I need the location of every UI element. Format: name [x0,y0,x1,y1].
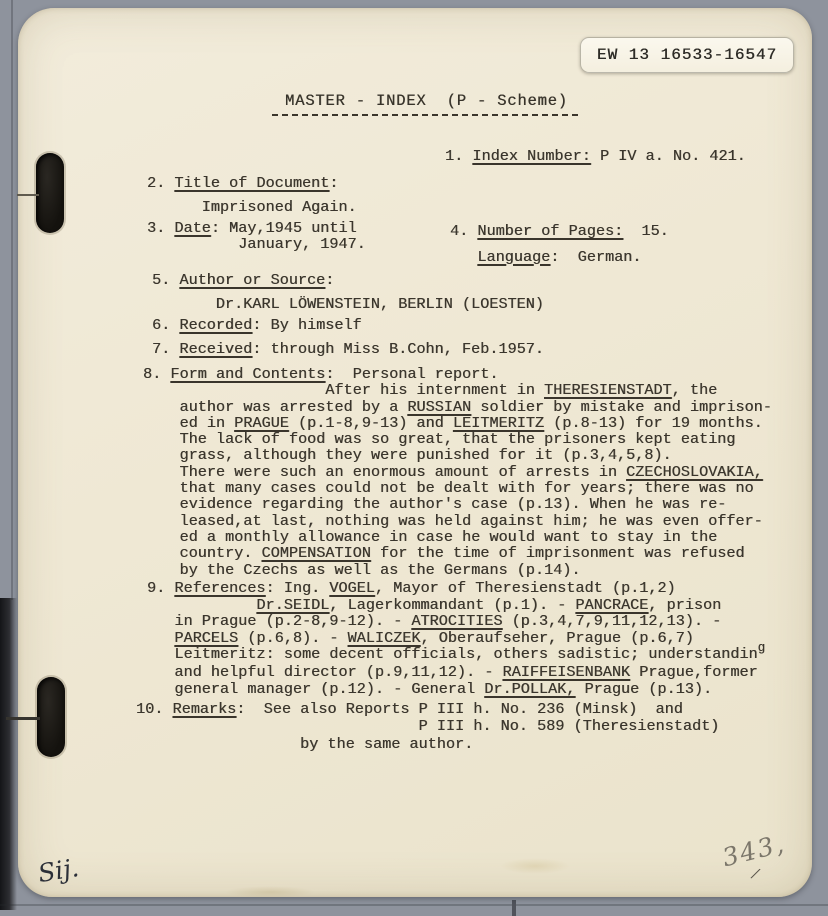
left-shadow-band [0,598,17,910]
binding-thread-top [17,194,39,196]
scanned-document-view: EW 13 16533-16547 MASTER - INDEX (P - Sc… [0,0,828,916]
document-title: MASTER - INDEX (P - Scheme) [285,92,568,110]
field-index-number: 1. Index Number: P IV a. No. 421. [445,147,746,165]
archive-reference-stamp: EW 13 16533-16547 [580,37,794,73]
title-underline [272,114,578,116]
field-references: 9. References: Ing. VOGEL, Mayor of Ther… [147,580,765,697]
field-date: 3. Date: May,1945 until January, 1947. [147,220,366,252]
field-title-of-document: 2. Title of Document: Imprisoned Again. [147,172,357,219]
punch-hole-bottom [37,677,65,757]
field-author-source: 5. Author or Source: Dr.KARL LÖWENSTEIN,… [152,269,544,316]
binding-thread-bottom [6,717,40,720]
field-received: 7. Received: through Miss B.Cohn, Feb.19… [152,340,544,358]
field-pages-language: 4. Number of Pages: 15. Language: German… [450,219,669,270]
stamp-text: EW 13 16533-16547 [597,46,777,64]
punch-hole-top [36,153,64,233]
left-edge-seam [11,0,13,600]
bottom-vertical-seam [512,900,516,916]
field-form-and-contents: 8. Form and Contents: Personal report. A… [143,366,772,578]
field-remarks: 10. Remarks: See also Reports P III h. N… [136,701,719,753]
bottom-background-seam [0,904,828,906]
field-recorded: 6. Recorded: By himself [152,316,362,334]
